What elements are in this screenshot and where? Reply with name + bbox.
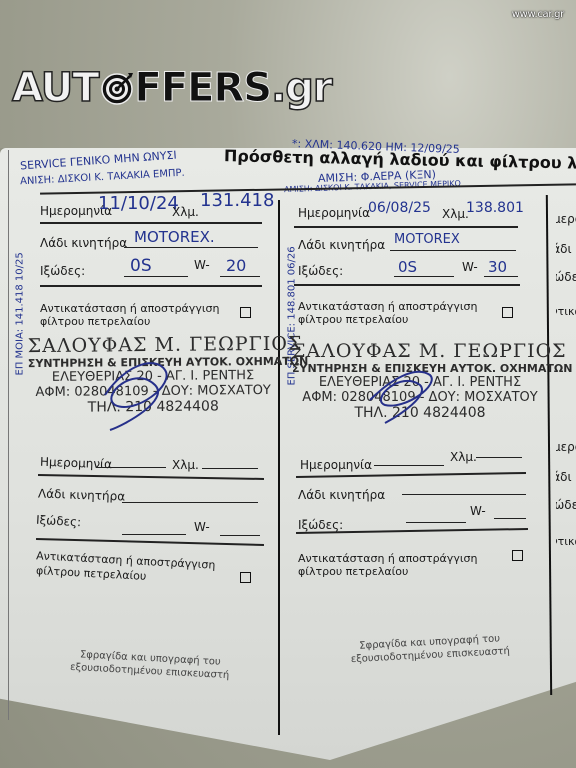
- entry-4-filter-checkbox[interactable]: [512, 550, 523, 561]
- oil-label: Λάδι κινητήρα: [40, 236, 127, 250]
- oil-label: Λάδι κινητήρα: [298, 238, 385, 252]
- entry-3-viscosity-b-blank[interactable]: [220, 535, 260, 536]
- entry-4-date-blank[interactable]: [374, 465, 444, 466]
- row-line: [40, 222, 262, 224]
- entry-partial-right: Ημερομηνία Λάδι κινητήρα Ιξώδες: Αντικατ…: [556, 190, 576, 610]
- viscosity-blank-b: [484, 276, 518, 277]
- km-label: Χλμ.: [172, 205, 199, 219]
- signature-2: [360, 355, 450, 425]
- viscosity-label: Ιξώδες:: [556, 270, 576, 284]
- entry-2-filter-checkbox[interactable]: [502, 307, 513, 318]
- entry-2-viscosity-a[interactable]: 0S: [398, 258, 417, 276]
- logo-text-2: FFERS: [135, 68, 272, 108]
- entry-3-filter-checkbox[interactable]: [240, 572, 251, 583]
- logo-text-1: AUT: [12, 68, 99, 108]
- filter-label-2: φίλτρου πετρελαίου: [298, 565, 408, 578]
- entry-4-viscosity-b-blank[interactable]: [494, 518, 526, 519]
- entry-2-viscosity-b[interactable]: 30: [488, 258, 507, 276]
- km-label: Χλμ.: [172, 458, 199, 472]
- km-label: Χλμ.: [442, 207, 469, 221]
- oil-label: Λάδι κινητήρα: [298, 488, 385, 502]
- filter-label-1: Αντικατάσταση ή αποστράγγιση: [40, 302, 220, 315]
- date-label: Ημερομηνία: [556, 212, 576, 226]
- entry-1-oil[interactable]: MOTOREX.: [134, 228, 215, 246]
- entry-4-oil-blank[interactable]: [402, 494, 526, 495]
- entry-1-date[interactable]: 11/10/24: [98, 193, 179, 214]
- watermark-site: www.car.gr: [512, 9, 564, 20]
- entry-2-oil[interactable]: MOTOREX: [394, 232, 460, 247]
- viscosity-label: Ιξώδες:: [298, 264, 343, 278]
- viscosity-blank-a: [394, 276, 454, 277]
- date-label: Ημερομηνία: [298, 206, 370, 220]
- viscosity-label: Ιξώδες:: [298, 518, 343, 532]
- filter-label-1: Αντικατάσταση ή αποστράγγιση: [556, 305, 576, 318]
- w-label: W-: [194, 258, 210, 272]
- km-label: Χλμ.: [450, 450, 477, 464]
- date-label: Ημερομηνία: [556, 440, 576, 454]
- oil-label: Λάδι κινητήρα: [38, 486, 126, 503]
- column-divider-1: [278, 200, 280, 735]
- filter-label-1: Αντικατάσταση ή αποστράγγιση: [298, 300, 478, 313]
- entry-3-km-blank[interactable]: [202, 468, 258, 469]
- viscosity-label: Ιξώδες:: [36, 513, 82, 529]
- oil-label: Λάδι κινητήρα: [556, 470, 576, 484]
- row-line: [294, 226, 518, 228]
- oil-blank: [390, 250, 516, 251]
- logo-text-3: .gr: [271, 68, 332, 108]
- entry-1-km[interactable]: 131.418: [200, 190, 274, 211]
- signature-1: [95, 345, 185, 435]
- target-icon: [100, 71, 134, 105]
- entry-4-km-blank[interactable]: [476, 457, 522, 458]
- filter-label-1: Αντικατάσταση ή αποστράγγιση: [556, 535, 576, 548]
- entry-1-filter-checkbox[interactable]: [240, 307, 251, 318]
- entry-4-viscosity-a-blank[interactable]: [406, 522, 466, 523]
- entry-1-viscosity-a[interactable]: 0S: [130, 256, 152, 276]
- filter-label-1: Αντικατάσταση ή αποστράγγιση: [298, 552, 478, 565]
- viscosity-label: Ιξώδες:: [40, 264, 85, 278]
- oil-label: Λάδι κινητήρα: [556, 242, 576, 256]
- row-line: [40, 285, 262, 287]
- entry-3-date-blank[interactable]: [96, 467, 166, 468]
- date-label: Ημερομηνία: [300, 458, 372, 472]
- filter-label-2: φίλτρου πετρελαίου: [298, 313, 408, 326]
- page-edge: [8, 150, 9, 720]
- entry-3-viscosity-a-blank[interactable]: [122, 534, 186, 535]
- viscosity-blank-a: [124, 276, 188, 277]
- side-note-left: ΕΠ ΜΟΙΑ: 141.418 10/25: [15, 236, 26, 376]
- entry-2-date[interactable]: 06/08/25: [368, 200, 431, 216]
- filter-label-2: φίλτρου πετρελαίου: [40, 315, 150, 328]
- w-label: W-: [462, 260, 478, 274]
- w-label: W-: [470, 504, 486, 518]
- oil-blank: [124, 247, 258, 248]
- entry-1-viscosity-b[interactable]: 20: [226, 256, 246, 275]
- viscosity-label: Ιξώδες:: [556, 498, 576, 512]
- entry-2-km[interactable]: 138.801: [466, 200, 524, 216]
- viscosity-blank-b: [220, 276, 260, 277]
- w-label: W-: [194, 520, 210, 534]
- entry-3-oil-blank[interactable]: [122, 502, 258, 503]
- autoffers-logo: AUT FFERS .gr: [12, 68, 332, 108]
- date-label: Ημερομηνία: [40, 455, 112, 472]
- row-line: [294, 284, 520, 286]
